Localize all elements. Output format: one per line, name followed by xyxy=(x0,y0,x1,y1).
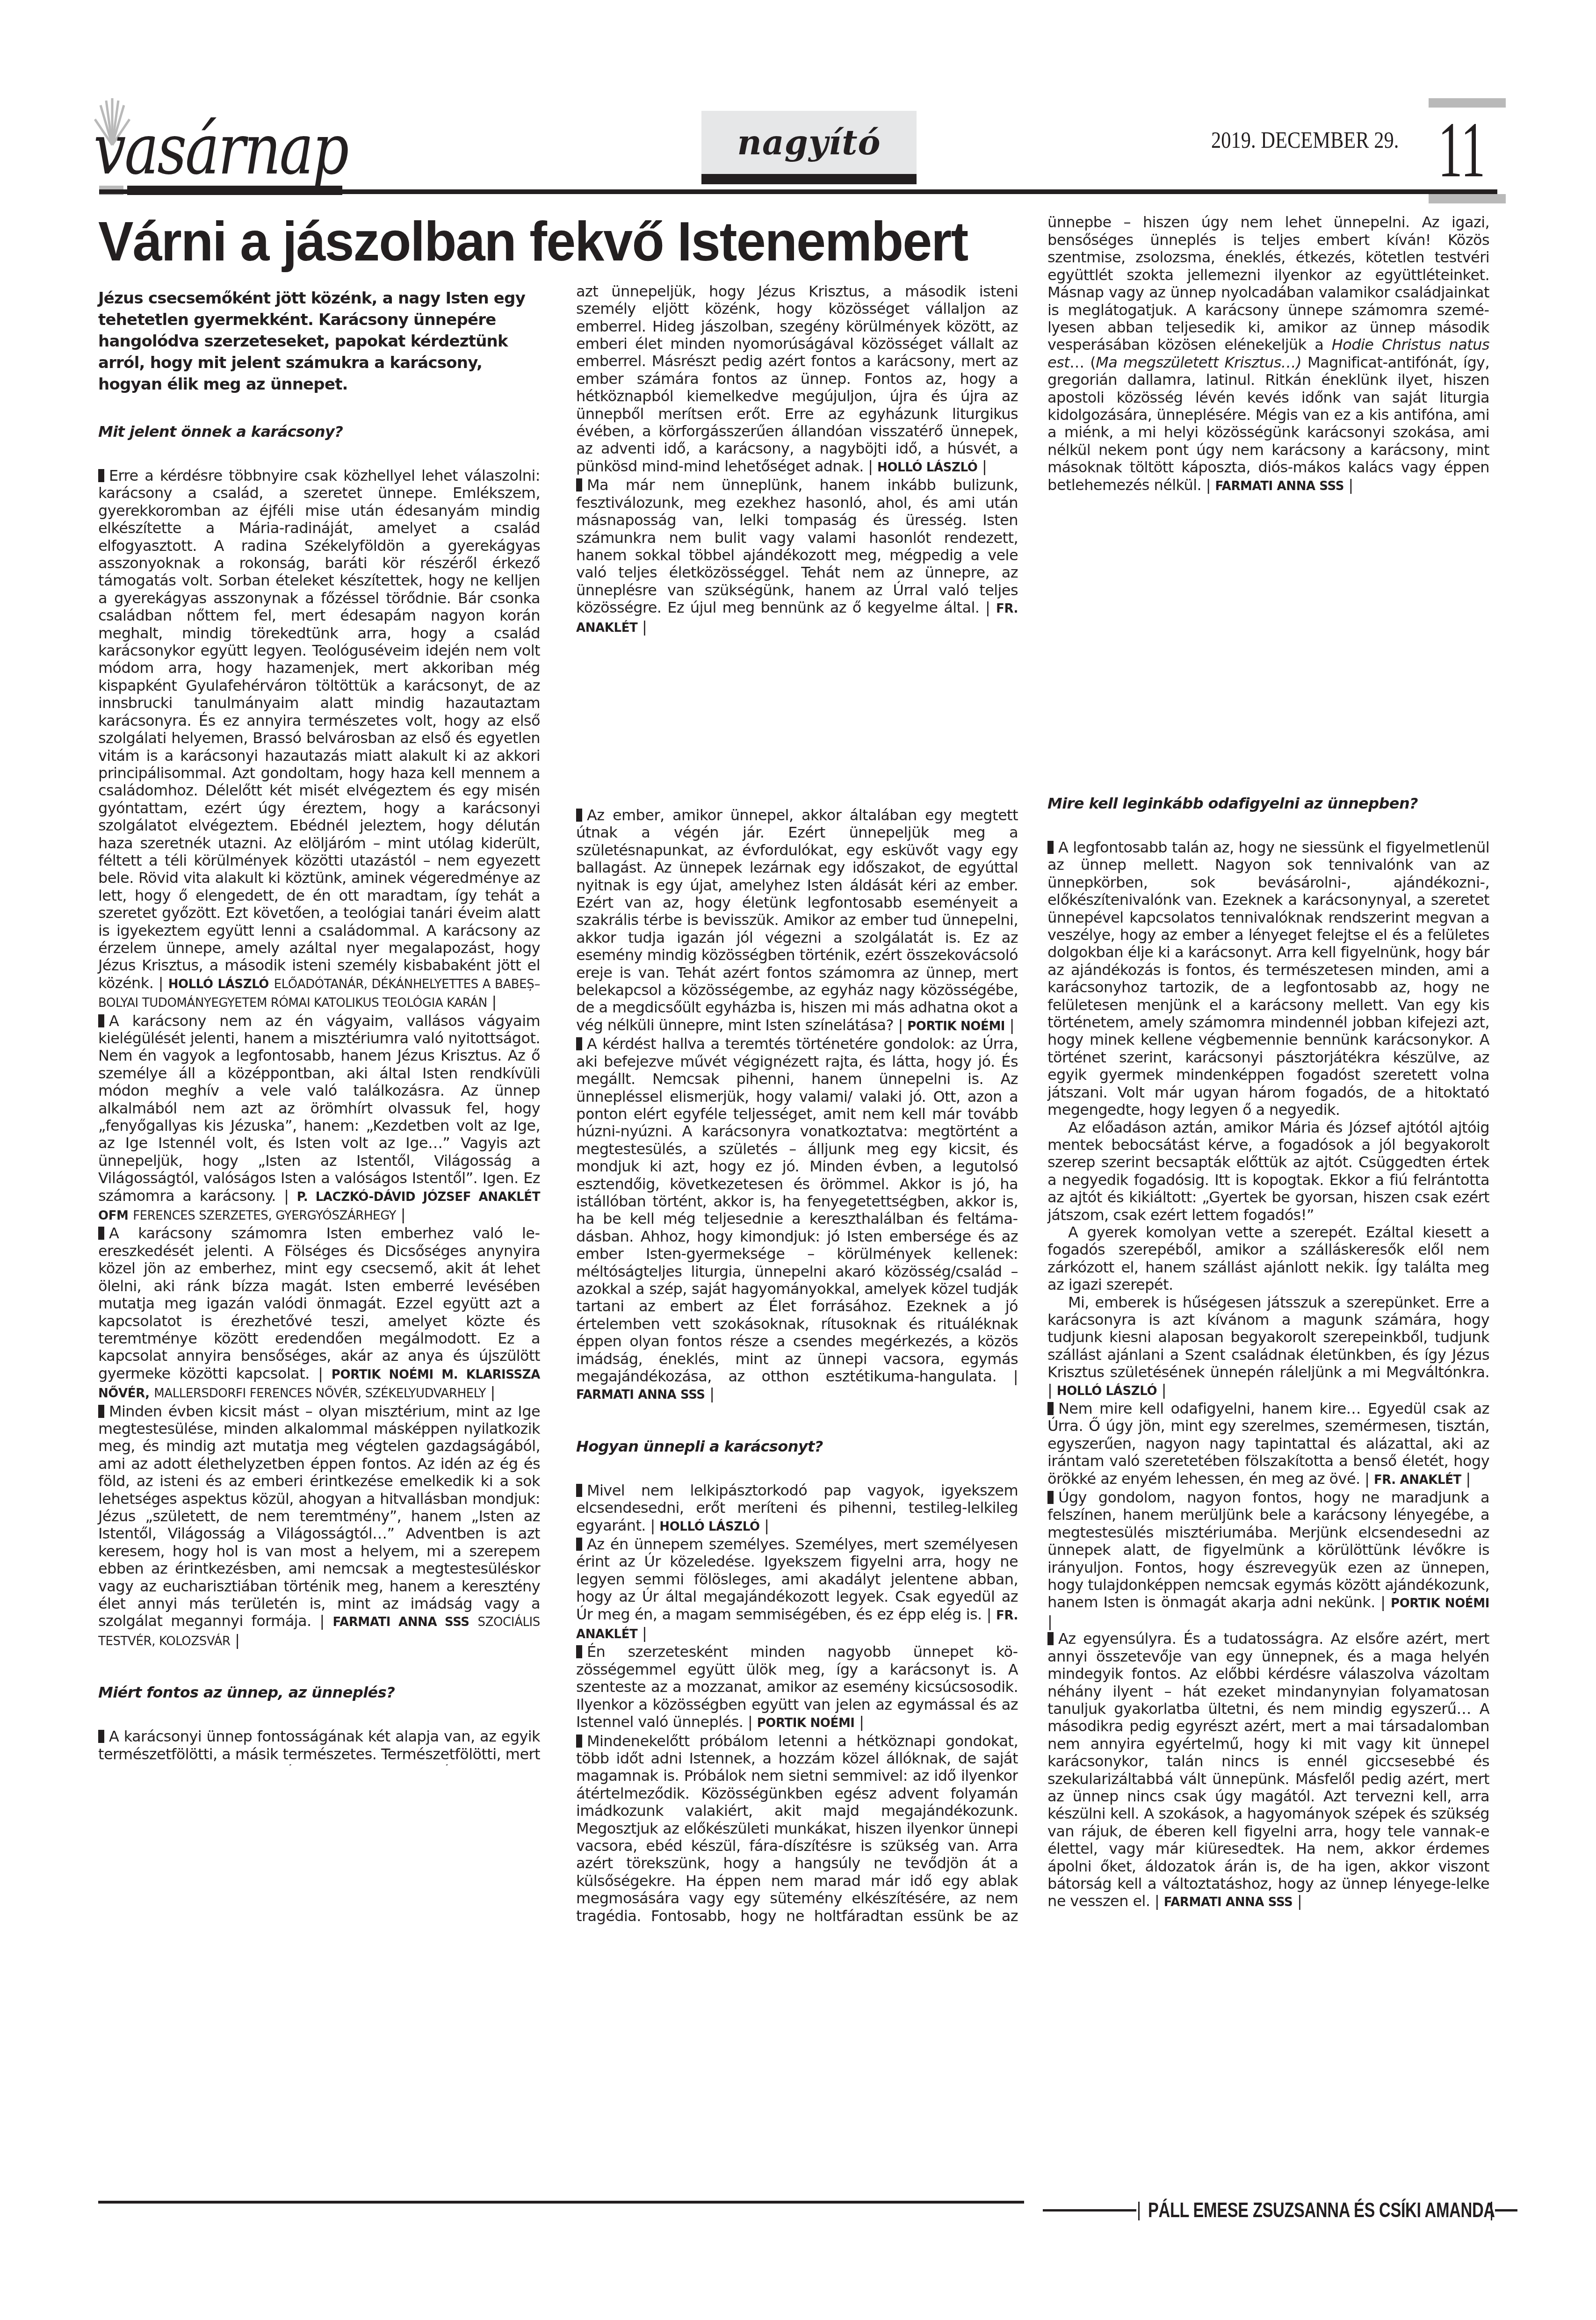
bottom-divider xyxy=(98,2201,1024,2204)
answer-text: A karácsonyi ünnep fontosságának két ala… xyxy=(576,283,1018,475)
answer-marker-icon xyxy=(576,1538,582,1551)
answer-text: Erre a kérdésre többnyire csak közhellye… xyxy=(98,467,540,992)
section-question: Miért fontos az ünnep, az ünneplés? xyxy=(98,1683,540,1702)
answer-text: A karácsony számomra Isten emberhez való… xyxy=(98,1224,540,1382)
separator: | xyxy=(491,993,496,1011)
separator: | xyxy=(320,1612,325,1630)
answer-author: FARMATI ANNA SSS xyxy=(1164,1895,1293,1909)
answer-marker-icon xyxy=(1047,1632,1054,1645)
byline-rule-right xyxy=(1495,2209,1517,2212)
answer-block: Az egyensúlyra. És a tudatosságra. Az el… xyxy=(1047,1630,1489,1912)
masthead-divider xyxy=(99,189,1497,194)
answer-marker-icon xyxy=(98,1730,104,1743)
answer-text: Úgy gondolom, nagyon fontos, hogy ne mar… xyxy=(1047,1489,1489,1611)
answer-text: Ma már nem ünneplünk, hanem inkább buliz… xyxy=(576,476,1018,616)
answer-author: FARMATI ANNA SSS xyxy=(576,1388,705,1402)
separator: | xyxy=(401,1206,405,1223)
answer-paragraph: A gyerek komolyan vette a szerepét. Ezál… xyxy=(1047,1224,1489,1294)
answer-author: HOLLÓ LÁSZLÓ xyxy=(168,977,269,991)
answer-affiliation: FERENCES SZERZETES, GYERGYÓSZÁRHEGY xyxy=(133,1209,396,1223)
answer-marker-icon xyxy=(98,1405,104,1418)
page-number-box: 11 xyxy=(1429,98,1506,203)
answer-author: FR. ANAKLÉT xyxy=(1374,1473,1461,1487)
translation-quote: Ma megszületett Krisztus…) xyxy=(1096,354,1301,371)
answer-author: FARMATI ANNA SSS xyxy=(333,1615,469,1629)
answer-marker-icon xyxy=(1047,1491,1054,1504)
article-column-1: Jézus csecsemőként jött közénk, a nagy I… xyxy=(98,288,540,1765)
issue-date: 2019. DECEMBER 29. xyxy=(1211,126,1399,153)
separator: | xyxy=(985,599,990,616)
separator: | xyxy=(1206,476,1211,494)
answer-block: Mivel nem lelkipásztorkodó pap vagyok, i… xyxy=(576,1482,1018,1536)
answer-author: FARMATI ANNA SSS xyxy=(1215,479,1344,493)
answer-block: Nem mire kell odafigyelni, hanem kire… E… xyxy=(1047,1400,1489,1489)
article-column-3: Mindenekelőtt próbálom letenni a hétközn… xyxy=(1047,214,1489,1912)
answer-block: A karácsony számomra Isten emberhez való… xyxy=(98,1225,540,1402)
separator: | xyxy=(235,1631,239,1649)
separator: | xyxy=(1047,1381,1052,1399)
separator: | xyxy=(1010,1016,1014,1034)
separator: | xyxy=(1155,1892,1159,1910)
article-lede: Jézus csecsemőként jött közénk, a nagy I… xyxy=(98,288,540,395)
answer-block: Mindenekelőtt próbálom letenni a hétközn… xyxy=(576,1733,1018,1925)
answer-text: A karácsony nem az én vágyaim, vallásos … xyxy=(98,1012,540,1205)
answer-block: Erre a kérdésre többnyire csak közhellye… xyxy=(98,467,540,1012)
separator: | xyxy=(642,618,647,636)
answer-marker-icon xyxy=(576,809,582,822)
answer-author: HOLLÓ LÁSZLÓ xyxy=(1057,1384,1157,1398)
byline-text: PÁLL EMESE ZSUZSANNA ÉS CSÍKI AMANDA xyxy=(1148,2199,1495,2222)
publication-logo[interactable]: vasárnap xyxy=(94,96,346,189)
answer-paragraph: Az előadáson aztán, amikor Mária és Józs… xyxy=(1047,1119,1489,1224)
separator: | xyxy=(1365,1470,1369,1488)
answer-text: A kérdést hallva a teremtés történetére … xyxy=(576,1035,1018,1385)
separator: | xyxy=(642,1624,647,1642)
answer-paragraph: Mi, emberek is hűségesen játsszuk a szer… xyxy=(1047,1294,1489,1400)
section-label-text: nagyító xyxy=(701,111,917,174)
logo-text: vasárnap xyxy=(94,115,347,185)
answer-block: Én szerzetesként minden nagyobb ünnepet … xyxy=(576,1643,1018,1732)
answer-block: Az ember, amikor ünnepel, akkor általába… xyxy=(576,807,1018,1035)
answer-text: Mivel nem lelkipásztorkodó pap vagyok, i… xyxy=(576,1482,1018,1534)
answer-text: Minden évben kicsit mást – olyan misztér… xyxy=(98,1402,540,1630)
masthead: vasárnap nagyító 2019. DECEMBER 29. 11 xyxy=(0,0,1596,201)
separator: | xyxy=(709,1385,714,1402)
answer-marker-icon xyxy=(576,1645,582,1658)
section-question: Mit jelent önnek a karácsony? xyxy=(98,422,540,441)
answer-block-continued: Mindenekelőtt próbálom letenni a hétközn… xyxy=(1047,214,1489,495)
answer-split-window: Mindenekelőtt próbálom letenni a hétközn… xyxy=(576,1733,1018,1925)
page-number-bar-bottom xyxy=(1429,194,1506,203)
separator: | xyxy=(1297,1892,1302,1910)
section-question: Mire kell leginkább odafigyelni az ünnep… xyxy=(1047,794,1489,813)
answer-text: Mindenekelőtt próbálom letenni a hétközn… xyxy=(576,1733,1018,1925)
section-label: nagyító xyxy=(701,111,917,184)
article-headline: Várni a jászolban fekvő Istenembert xyxy=(98,211,996,272)
separator: | xyxy=(284,1187,289,1205)
answer-text: A legfontosabb talán az, hogy ne siessün… xyxy=(1047,838,1489,1119)
answer-block: A kérdést hallva a teremtés történetére … xyxy=(576,1035,1018,1404)
answer-text: Az én ünnepem személyes. Személyes, mert… xyxy=(576,1535,1018,1623)
separator: | xyxy=(898,1016,903,1034)
separator: | xyxy=(764,1517,769,1534)
answer-author: PORTIK NOÉMI xyxy=(1391,1597,1489,1611)
byline-tick-right xyxy=(1491,2202,1492,2220)
separator: | xyxy=(1380,1593,1385,1611)
article-byline: PÁLL EMESE ZSUZSANNA ÉS CSÍKI AMANDA xyxy=(1043,2198,1510,2221)
answer-block: A karácsonyi ünnep fontosságának két ala… xyxy=(98,1728,540,1765)
continued-answer-window: Mindenekelőtt próbálom letenni a hétközn… xyxy=(1047,214,1489,761)
answer-text: A karácsonyi ünnep fontosságának két ala… xyxy=(98,1728,540,1765)
separator: | xyxy=(491,1383,495,1401)
answer-marker-icon xyxy=(576,1735,582,1748)
answer-block: Ma már nem ünneplünk, hanem inkább buliz… xyxy=(576,477,1018,637)
answer-marker-icon xyxy=(98,469,104,482)
continued-answer-window: A karácsonyi ünnep fontosságának két ala… xyxy=(576,283,1018,807)
section-question: Hogyan ünnepli a karácsonyt? xyxy=(576,1437,1018,1456)
answer-author: HOLLÓ LÁSZLÓ xyxy=(659,1520,759,1534)
answer-block: A karácsony nem az én vágyaim, vallásos … xyxy=(98,1012,540,1225)
page-number: 11 xyxy=(1438,108,1485,192)
answer-marker-icon xyxy=(98,1014,104,1027)
answer-marker-icon xyxy=(576,1037,582,1050)
separator: | xyxy=(1162,1381,1166,1399)
answer-block: Minden évben kicsit mást – olyan misztér… xyxy=(98,1403,540,1651)
separator: | xyxy=(1466,1470,1471,1488)
separator: | xyxy=(318,1365,323,1382)
answer-author: HOLLÓ LÁSZLÓ xyxy=(877,461,977,475)
answer-text: Az ember, amikor ünnepel, akkor általába… xyxy=(576,806,1018,1034)
separator: | xyxy=(868,457,873,475)
separator: | xyxy=(748,1713,752,1731)
answer-marker-icon xyxy=(576,1484,582,1497)
answer-affiliation: ELŐADÓTANÁR, DÉKÁNHELYETTES A BABEȘ–BOLY… xyxy=(98,977,540,1010)
answer-block-continued: A karácsonyi ünnep fontosságának két ala… xyxy=(576,283,1018,477)
separator: | xyxy=(982,457,987,475)
answer-block: Az én ünnepem személyes. Személyes, mert… xyxy=(576,1536,1018,1643)
answer-text: Mindenekelőtt próbálom letenni a hétközn… xyxy=(1047,214,1489,354)
article-column-2: A karácsonyi ünnep fontosságának két ala… xyxy=(576,283,1018,1925)
answer-marker-icon xyxy=(576,478,582,491)
separator: | xyxy=(1013,1367,1018,1385)
separator: | xyxy=(159,974,163,992)
answer-marker-icon xyxy=(1047,841,1054,854)
answer-author: PORTIK NOÉMI xyxy=(907,1019,1005,1034)
separator: | xyxy=(987,1605,991,1623)
byline-tick-left xyxy=(1138,2202,1140,2220)
separator: | xyxy=(1349,476,1353,494)
answer-marker-icon xyxy=(1047,1402,1054,1415)
answer-marker-icon xyxy=(98,1227,104,1240)
byline-rule-left xyxy=(1043,2209,1136,2212)
answer-affiliation: MALLERSDORFI FERENCES NŐVÉR, SZÉKELYUDVA… xyxy=(154,1387,486,1401)
punctuation: … ( xyxy=(1069,354,1096,371)
separator: | xyxy=(1047,1612,1052,1630)
answer-paragraph: A legfontosabb talán az, hogy ne siessün… xyxy=(1047,839,1489,1119)
answer-author: PORTIK NOÉMI xyxy=(757,1716,855,1730)
answer-block: Úgy gondolom, nagyon fontos, hogy ne mar… xyxy=(1047,1489,1489,1630)
answer-block: A legfontosabb talán az, hogy ne siessün… xyxy=(1047,839,1489,1400)
answer-text: Az egyensúlyra. És a tudatosságra. Az el… xyxy=(1047,1630,1489,1910)
separator: | xyxy=(650,1517,655,1534)
answer-text: Mi, emberek is hűségesen játsszuk a szer… xyxy=(1047,1294,1489,1381)
separator: | xyxy=(859,1713,864,1731)
answer-text: Magnificat-antifónát, így, gregorián dal… xyxy=(1047,354,1489,494)
